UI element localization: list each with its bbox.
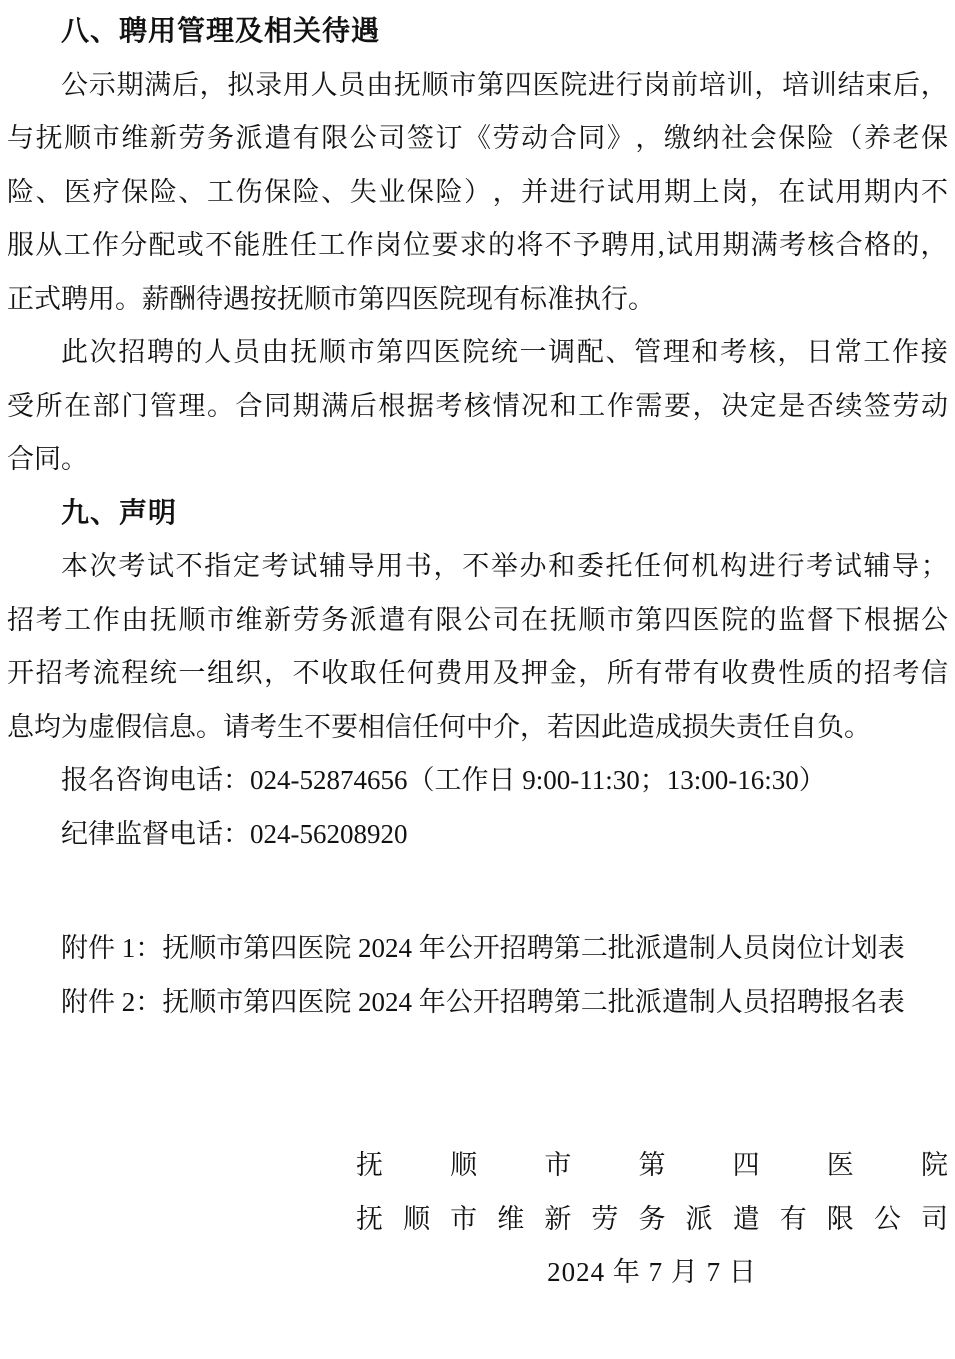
- supervise-phone-line: 纪律监督电话：024-56208920: [7, 808, 948, 862]
- para-employment-line-4: 服从工作分配或不能胜任工作岗位要求的将不予聘用,试用期满考核合格的，: [7, 219, 948, 273]
- para-employment-line-3: 险、医疗保险、工伤保险、失业保险），并进行试用期上岗，在试用期内不: [7, 166, 948, 220]
- blank-line: [7, 1029, 948, 1084]
- consult-phone-line: 报名咨询电话：024-52874656（工作日 9:00-11:30；13:00…: [7, 754, 948, 808]
- para-statement-line-1: 本次考试不指定考试辅导用书，不举办和委托任何机构进行考试辅导；: [7, 540, 948, 594]
- signature-company-name: 抚顺市维新劳务派遣有限公司: [356, 1193, 948, 1247]
- signature-block: 抚顺市第四医院 抚顺市维新劳务派遣有限公司 2024 年 7 月 7 日: [356, 1139, 948, 1300]
- para-management-line-1: 此次招聘的人员由抚顺市第四医院统一调配、管理和考核，日常工作接: [7, 326, 948, 380]
- signature-date: 2024 年 7 月 7 日: [356, 1246, 948, 1300]
- para-employment-line-1: 公示期满后，拟录用人员由抚顺市第四医院进行岗前培训，培训结束后，: [7, 59, 948, 113]
- section-9-heading: 九、声明: [7, 487, 948, 541]
- para-employment-line-2: 与抚顺市维新劳务派遣有限公司签订《劳动合同》，缴纳社会保险（养老保: [7, 112, 948, 166]
- signature-hospital-name: 抚顺市第四医院: [356, 1139, 948, 1193]
- para-management-line-3: 合同。: [7, 433, 948, 487]
- attachment-2-line: 附件 2：抚顺市第四医院 2024 年公开招聘第二批派遣制人员招聘报名表: [7, 976, 948, 1030]
- para-statement-line-3: 开招考流程统一组织，不收取任何费用及押金，所有带有收费性质的招考信: [7, 647, 948, 701]
- para-management-line-2: 受所在部门管理。合同期满后根据考核情况和工作需要，决定是否续签劳动: [7, 380, 948, 434]
- document-page: 八、聘用管理及相关待遇 公示期满后，拟录用人员由抚顺市第四医院进行岗前培训，培训…: [0, 0, 955, 1359]
- blank-line: [7, 1084, 948, 1139]
- blank-line: [7, 861, 948, 922]
- para-statement-line-4: 息均为虚假信息。请考生不要相信任何中介，若因此造成损失责任自负。: [7, 701, 948, 755]
- attachment-1-line: 附件 1：抚顺市第四医院 2024 年公开招聘第二批派遣制人员岗位计划表: [7, 922, 948, 976]
- para-statement-line-2: 招考工作由抚顺市维新劳务派遣有限公司在抚顺市第四医院的监督下根据公: [7, 594, 948, 648]
- section-8-heading: 八、聘用管理及相关待遇: [7, 5, 948, 59]
- para-employment-line-5: 正式聘用。薪酬待遇按抚顺市第四医院现有标准执行。: [7, 273, 948, 327]
